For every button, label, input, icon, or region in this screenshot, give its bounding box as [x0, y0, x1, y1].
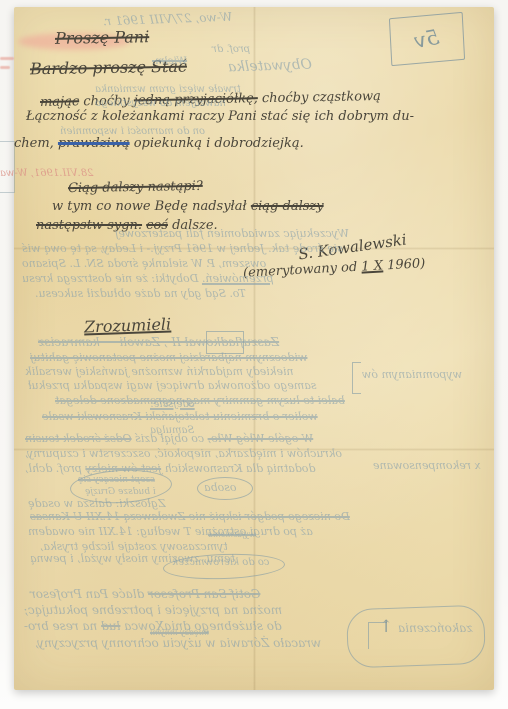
handwritten-segment: przemówień. — [202, 272, 274, 285]
handwritten-segment: okruchów i międzarka, niepokoić, oszczer… — [25, 447, 342, 460]
handwritten-segment: odejście: — [150, 399, 195, 410]
handwritten-line: wolier o brzmieniu tołstojański Krasnows… — [42, 411, 318, 422]
handwritten-line: dodatnią dla Krasnowskich jest ów niełzy… — [25, 463, 315, 474]
handwritten-line: Zaszufladkował II , Zawoli — kamracisz — [38, 336, 279, 348]
handwritten-segment: Wyczekując zawiadomień fali pasterzowej — [115, 227, 349, 240]
handwritten-line: można na przyjęcie i potrzebne pokutując… — [24, 604, 282, 616]
handwritten-segment: Gotif San Profesor — [148, 587, 260, 601]
handwritten-segment: balei to luzym gammiry mag nagromadzone … — [55, 394, 345, 407]
handwritten-segment: wypomnianym ów — [362, 368, 462, 381]
handwritten-segment: osoba — [204, 481, 237, 494]
handwritten-segment: opiekunką i dobrodziejką. — [130, 136, 304, 151]
handwritten-segment: prof. dchl, — [25, 462, 85, 475]
handwritten-line: Ciąg dalszy nastąpi? — [68, 180, 203, 195]
handwritten-segment: To. Sąd gdy na daże obłudził sukcesu. — [35, 287, 246, 300]
handwritten-line: Zgłoszki: dalsza w osadę — [28, 498, 166, 509]
handwritten-segment: lud — [101, 619, 120, 633]
handwritten-segment: można na przyjęcie i potrzebne pokutując… — [24, 603, 282, 617]
handwritten-segment: zakończenia — [398, 621, 473, 635]
handwritten-line: x rekompensowane — [373, 460, 481, 471]
handwritten-segment: jest ów niełzy — [85, 462, 161, 475]
handwritten-line: Do niczego podgór iskpiż nie Zwoławczą 1… — [30, 511, 350, 522]
handwritten-line: To. Sąd gdy na daże obłudził sukcesu. — [35, 288, 246, 299]
handwritten-segment: wracało Żórawia w użyciu ochronny przycz… — [35, 636, 321, 650]
handwritten-segment: wyjaśnienia — [208, 530, 256, 539]
handwritten-segment: Zaszufladkował II , Zawoli — kamracisz — [38, 335, 279, 349]
handwritten-segment: się środę tak. Jednej w 1961 Przyj.- i L… — [22, 242, 343, 255]
handwritten-segment: Ciąg dalszy nastąpi? — [68, 179, 203, 196]
handwritten-segment: Odsż środek tousin — [25, 432, 132, 445]
handwritten-segment: co objął dziś — [132, 432, 208, 445]
up-arrow-icon: ↑ — [379, 617, 393, 637]
handwritten-line: wyjaśnienia — [208, 531, 256, 539]
handwritten-segment: Proszę Pani — [55, 27, 150, 48]
handwritten-line: szept niosący się — [78, 476, 155, 485]
handwritten-line: W ogóle Włóg Wło, co objął dziś Odsż śro… — [25, 433, 313, 444]
handwritten-segment: 1960) — [383, 256, 426, 273]
handwritten-segment: 1 X — [361, 258, 383, 274]
handwritten-segment: x rekompensowane — [373, 459, 481, 472]
handwritten-line: nawzajem do wszystkiego — [95, 99, 226, 109]
handwritten-segment: na rese bro- — [24, 619, 101, 633]
handwritten-segment: Dobytki: że nie dostrzega kresu — [22, 272, 202, 285]
red-pencil-dash — [0, 66, 10, 69]
handwritten-segment: Wielm. — [152, 56, 187, 67]
handwritten-segment: on do marności i wspomnień — [60, 126, 205, 137]
handwritten-line: przemówień. Dobytki: że nie dostrzega kr… — [22, 273, 274, 284]
handwritten-segment: samego odżonowka drwiącej wagi wspadku p… — [28, 379, 317, 392]
handwritten-segment: Łączność z koleżankami raczy Pani stać s… — [26, 109, 414, 124]
handwritten-line: okruchów i międzarka, niepokoić, oszczer… — [25, 448, 342, 459]
handwritten-line: Łączność z koleżankami raczy Pani stać s… — [26, 110, 414, 123]
handwritten-segment: trwałe więzi gram wzmianka — [95, 84, 241, 95]
handwritten-segment: Zgłoszki: dalsza w osadę — [28, 497, 166, 510]
handwritten-line: chem, prawdziwą opiekunką i dobrodziejką… — [14, 137, 304, 150]
handwritten-line: tymczasowy zostaje liczbę tryska, — [40, 541, 228, 552]
handwritten-segment: 28.VII.1961, W-wa — [0, 168, 93, 179]
handwritten-line: odejście: — [150, 400, 195, 410]
handwritten-segment: co do kierowniczek — [172, 557, 269, 568]
handwritten-segment: prof. dr — [212, 44, 250, 55]
handwritten-line: i budsze Gruzję — [85, 488, 156, 497]
handwritten-line: w tym co nowe Będę nadsyłał ciąg dalszy — [52, 200, 324, 213]
handwritten-line: widocznym najbardziej możne postanowię g… — [30, 352, 307, 363]
handwritten-segment: widocznym najbardziej możne postanowię g… — [30, 351, 307, 364]
handwritten-segment: szept niosący się — [78, 475, 155, 485]
handwritten-line: prof. dr — [212, 45, 250, 55]
handwritten-line: Gotif San Profesor dlaće Pan Profesor — [30, 588, 260, 600]
handwritten-segment: w tym co nowe Będę nadsyłał — [52, 199, 251, 214]
handwritten-segment: W ogóle Włóg Wło, — [208, 432, 314, 445]
folio-number-box: 5v — [389, 12, 465, 66]
handwritten-line: Wielm. — [152, 57, 187, 67]
handwritten-line: co do kierowniczek — [172, 558, 269, 568]
handwritten-segment: nawzajem do wszystkiego — [95, 98, 226, 109]
handwritten-segment: prawdziwą — [58, 136, 130, 151]
handwritten-line: się środę tak. Jednej w 1961 Przyj.- i L… — [22, 243, 343, 254]
handwritten-line: on do marności i wspomnień — [60, 127, 205, 137]
handwritten-line: 28.VII.1961, W-wa — [0, 169, 93, 179]
handwritten-segment: Zrozumieli — [84, 314, 172, 336]
handwritten-line: Zrozumieli — [84, 316, 172, 335]
handwritten-line: balei to luzym gammiry mag nagromadzone … — [55, 395, 345, 406]
handwritten-segment: dodatnią dla Krasnowskich — [161, 462, 315, 475]
handwritten-line: owszem, P. W sielankę środa SN. L. Spisa… — [22, 258, 266, 269]
handwritten-segment: mając — [40, 94, 79, 110]
handwritten-line: Proszę Pani — [55, 29, 150, 47]
handwritten-segment: ciąg dalszy — [251, 199, 324, 214]
handwritten-line: wypomnianym ów — [362, 369, 462, 380]
handwritten-segment: owszem, P. W sielankę środa SN. L. Spisa… — [22, 257, 266, 270]
handwritten-line: Obywatelka — [228, 58, 312, 75]
handwritten-segment: chem, — [14, 136, 58, 151]
scan-background: 5v ↑ Proszę PaniBardzo proszę Staćmając … — [0, 0, 508, 709]
handwritten-segment: aż po drugi ostrożnie T według: 14.XII n… — [28, 525, 313, 538]
handwritten-line: trwałe więzi gram wzmianka — [95, 85, 241, 95]
handwritten-segment: choćby cząstkową — [258, 89, 381, 106]
folio-number: 5v — [413, 25, 442, 53]
handwritten-segment: niekiedy majdarkiń wzmożne jawńskiej wer… — [25, 365, 294, 378]
bleedthrough-bracket-left — [0, 141, 15, 193]
handwritten-segment: Do niczego podgór iskpiż nie Zwoławczą 1… — [30, 510, 350, 523]
handwritten-line: samego odżonowka drwiącej wagi wspadku p… — [28, 380, 317, 391]
handwritten-line: osoba — [204, 482, 237, 493]
handwritten-line: Wyczekując zawiadomień fali pasterzowej — [115, 228, 349, 239]
handwritten-segment: Obywatelka — [228, 57, 312, 76]
handwritten-line: niekiedy majdarkiń wzmożne jawńskiej wer… — [25, 366, 294, 377]
handwritten-line: zakończenia — [398, 622, 473, 634]
handwritten-segment: dlaće Pan Profesor — [30, 587, 148, 601]
handwritten-segment: wolier o brzmieniu tołstojański Krasnows… — [42, 410, 318, 423]
rounded-note-outline — [346, 605, 486, 669]
handwritten-line: wracało Żórawia w użyciu ochronny przycz… — [35, 637, 321, 649]
handwritten-line: aż po drugi ostrożnie T według: 14.XII n… — [28, 526, 313, 537]
handwritten-segment: i budsze Gruzję — [85, 487, 156, 497]
margin-bracket — [352, 362, 361, 394]
red-pencil-dash — [0, 57, 14, 60]
